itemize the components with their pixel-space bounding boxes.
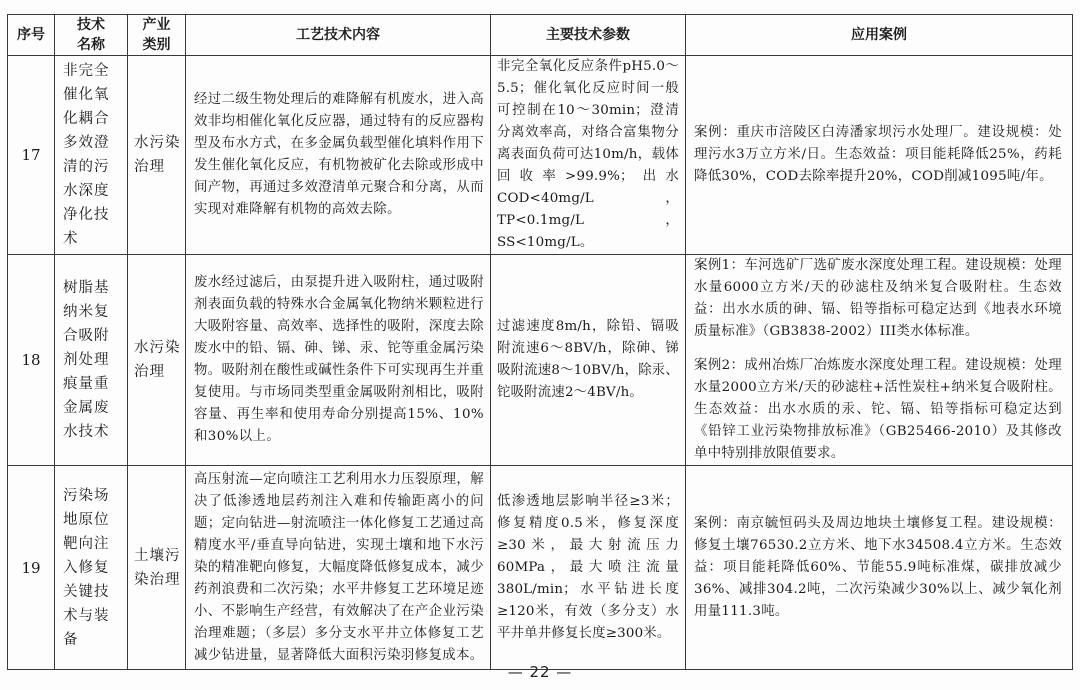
tech-name: 非完全催化氧化耦合多效澄清的污水深度净化技术 — [55, 56, 128, 255]
technology-table: 序号 技术 名称 产业 类别 工艺技术内容 主要技术参数 应用案例 17 非完全… — [7, 14, 1073, 670]
row-number: 19 — [8, 466, 55, 670]
row-number: 17 — [8, 56, 55, 255]
header-category: 产业 类别 — [128, 15, 186, 56]
table-row: 18 树脂基纳米复合吸附剂处理痕量重金属废水技术 水污染治理 废水经过滤后，由泵… — [8, 255, 1073, 466]
table-row: 17 非完全催化氧化耦合多效澄清的污水深度净化技术 水污染治理 经过二级生物处理… — [8, 56, 1073, 255]
header-main-params: 主要技术参数 — [491, 15, 686, 56]
header-tech-name-line2: 名称 — [55, 35, 127, 55]
table-row: 19 污染场地原位靶向注入修复关键技术与装备 土壤污染治理 高压射流—定向喷注工… — [8, 466, 1073, 670]
process-content: 废水经过滤后，由泵提升进入吸附柱，通过吸附剂表面负载的特殊水合金属氧化物纳米颗粒… — [186, 255, 491, 466]
row-number: 18 — [8, 255, 55, 466]
main-params: 过滤速度8m/h，除铅、镉吸附流速6～8BV/h，除砷、锑吸附流速8～10BV/… — [491, 255, 686, 466]
page-number: — 22 — — [0, 663, 1080, 681]
process-content: 经过二级生物处理后的难降解有机废水，进入高效非均相催化氧化反应器，通过特有的反应… — [186, 56, 491, 255]
case-item: 案例：重庆市涪陵区白涛潘家坝污水处理厂。建设规模：处理污水3万立方米/日。生态效… — [694, 122, 1062, 188]
header-application-cases: 应用案例 — [686, 15, 1073, 56]
header-row: 序号 技术 名称 产业 类别 工艺技术内容 主要技术参数 应用案例 — [8, 15, 1073, 56]
header-category-line1: 产业 — [128, 15, 185, 35]
application-cases: 案例：南京毓恒码头及周边地块土壤修复工程。建设规模：修复土壤76530.2立方米… — [686, 466, 1073, 670]
industry-category: 土壤污染治理 — [128, 466, 186, 670]
application-cases: 案例：重庆市涪陵区白涛潘家坝污水处理厂。建设规模：处理污水3万立方米/日。生态效… — [686, 56, 1073, 255]
tech-name: 污染场地原位靶向注入修复关键技术与装备 — [55, 466, 128, 670]
process-content: 高压射流—定向喷注工艺利用水力压裂原理，解决了低渗透地层药剂注入难和传输距离小的… — [186, 466, 491, 670]
case-item: 案例2：成州冶炼厂冶炼废水深度处理工程。建设规模：处理水量2000立方米/天的砂… — [694, 355, 1062, 465]
main-params: 非完全氧化反应条件pH5.0～5.5；催化氧化反应时间一般可控制在10～30mi… — [491, 56, 686, 255]
industry-category: 水污染治理 — [128, 56, 186, 255]
case-item: 案例1：车河选矿厂选矿废水深度处理工程。建设规模：处理水量6000立方米/天的砂… — [694, 255, 1062, 343]
case-item: 案例：南京毓恒码头及周边地块土壤修复工程。建设规模：修复土壤76530.2立方米… — [694, 513, 1062, 623]
header-no: 序号 — [8, 15, 55, 56]
main-params: 低渗透地层影响半径≥3米；修复精度0.5米，修复深度≥30米，最大射流压力60M… — [491, 466, 686, 670]
header-tech-name: 技术 名称 — [55, 15, 128, 56]
tech-name: 树脂基纳米复合吸附剂处理痕量重金属废水技术 — [55, 255, 128, 466]
header-tech-name-line1: 技术 — [55, 15, 127, 35]
header-process-content: 工艺技术内容 — [186, 15, 491, 56]
application-cases: 案例1：车河选矿厂选矿废水深度处理工程。建设规模：处理水量6000立方米/天的砂… — [686, 255, 1073, 466]
industry-category: 水污染治理 — [128, 255, 186, 466]
header-category-line2: 类别 — [128, 35, 185, 55]
